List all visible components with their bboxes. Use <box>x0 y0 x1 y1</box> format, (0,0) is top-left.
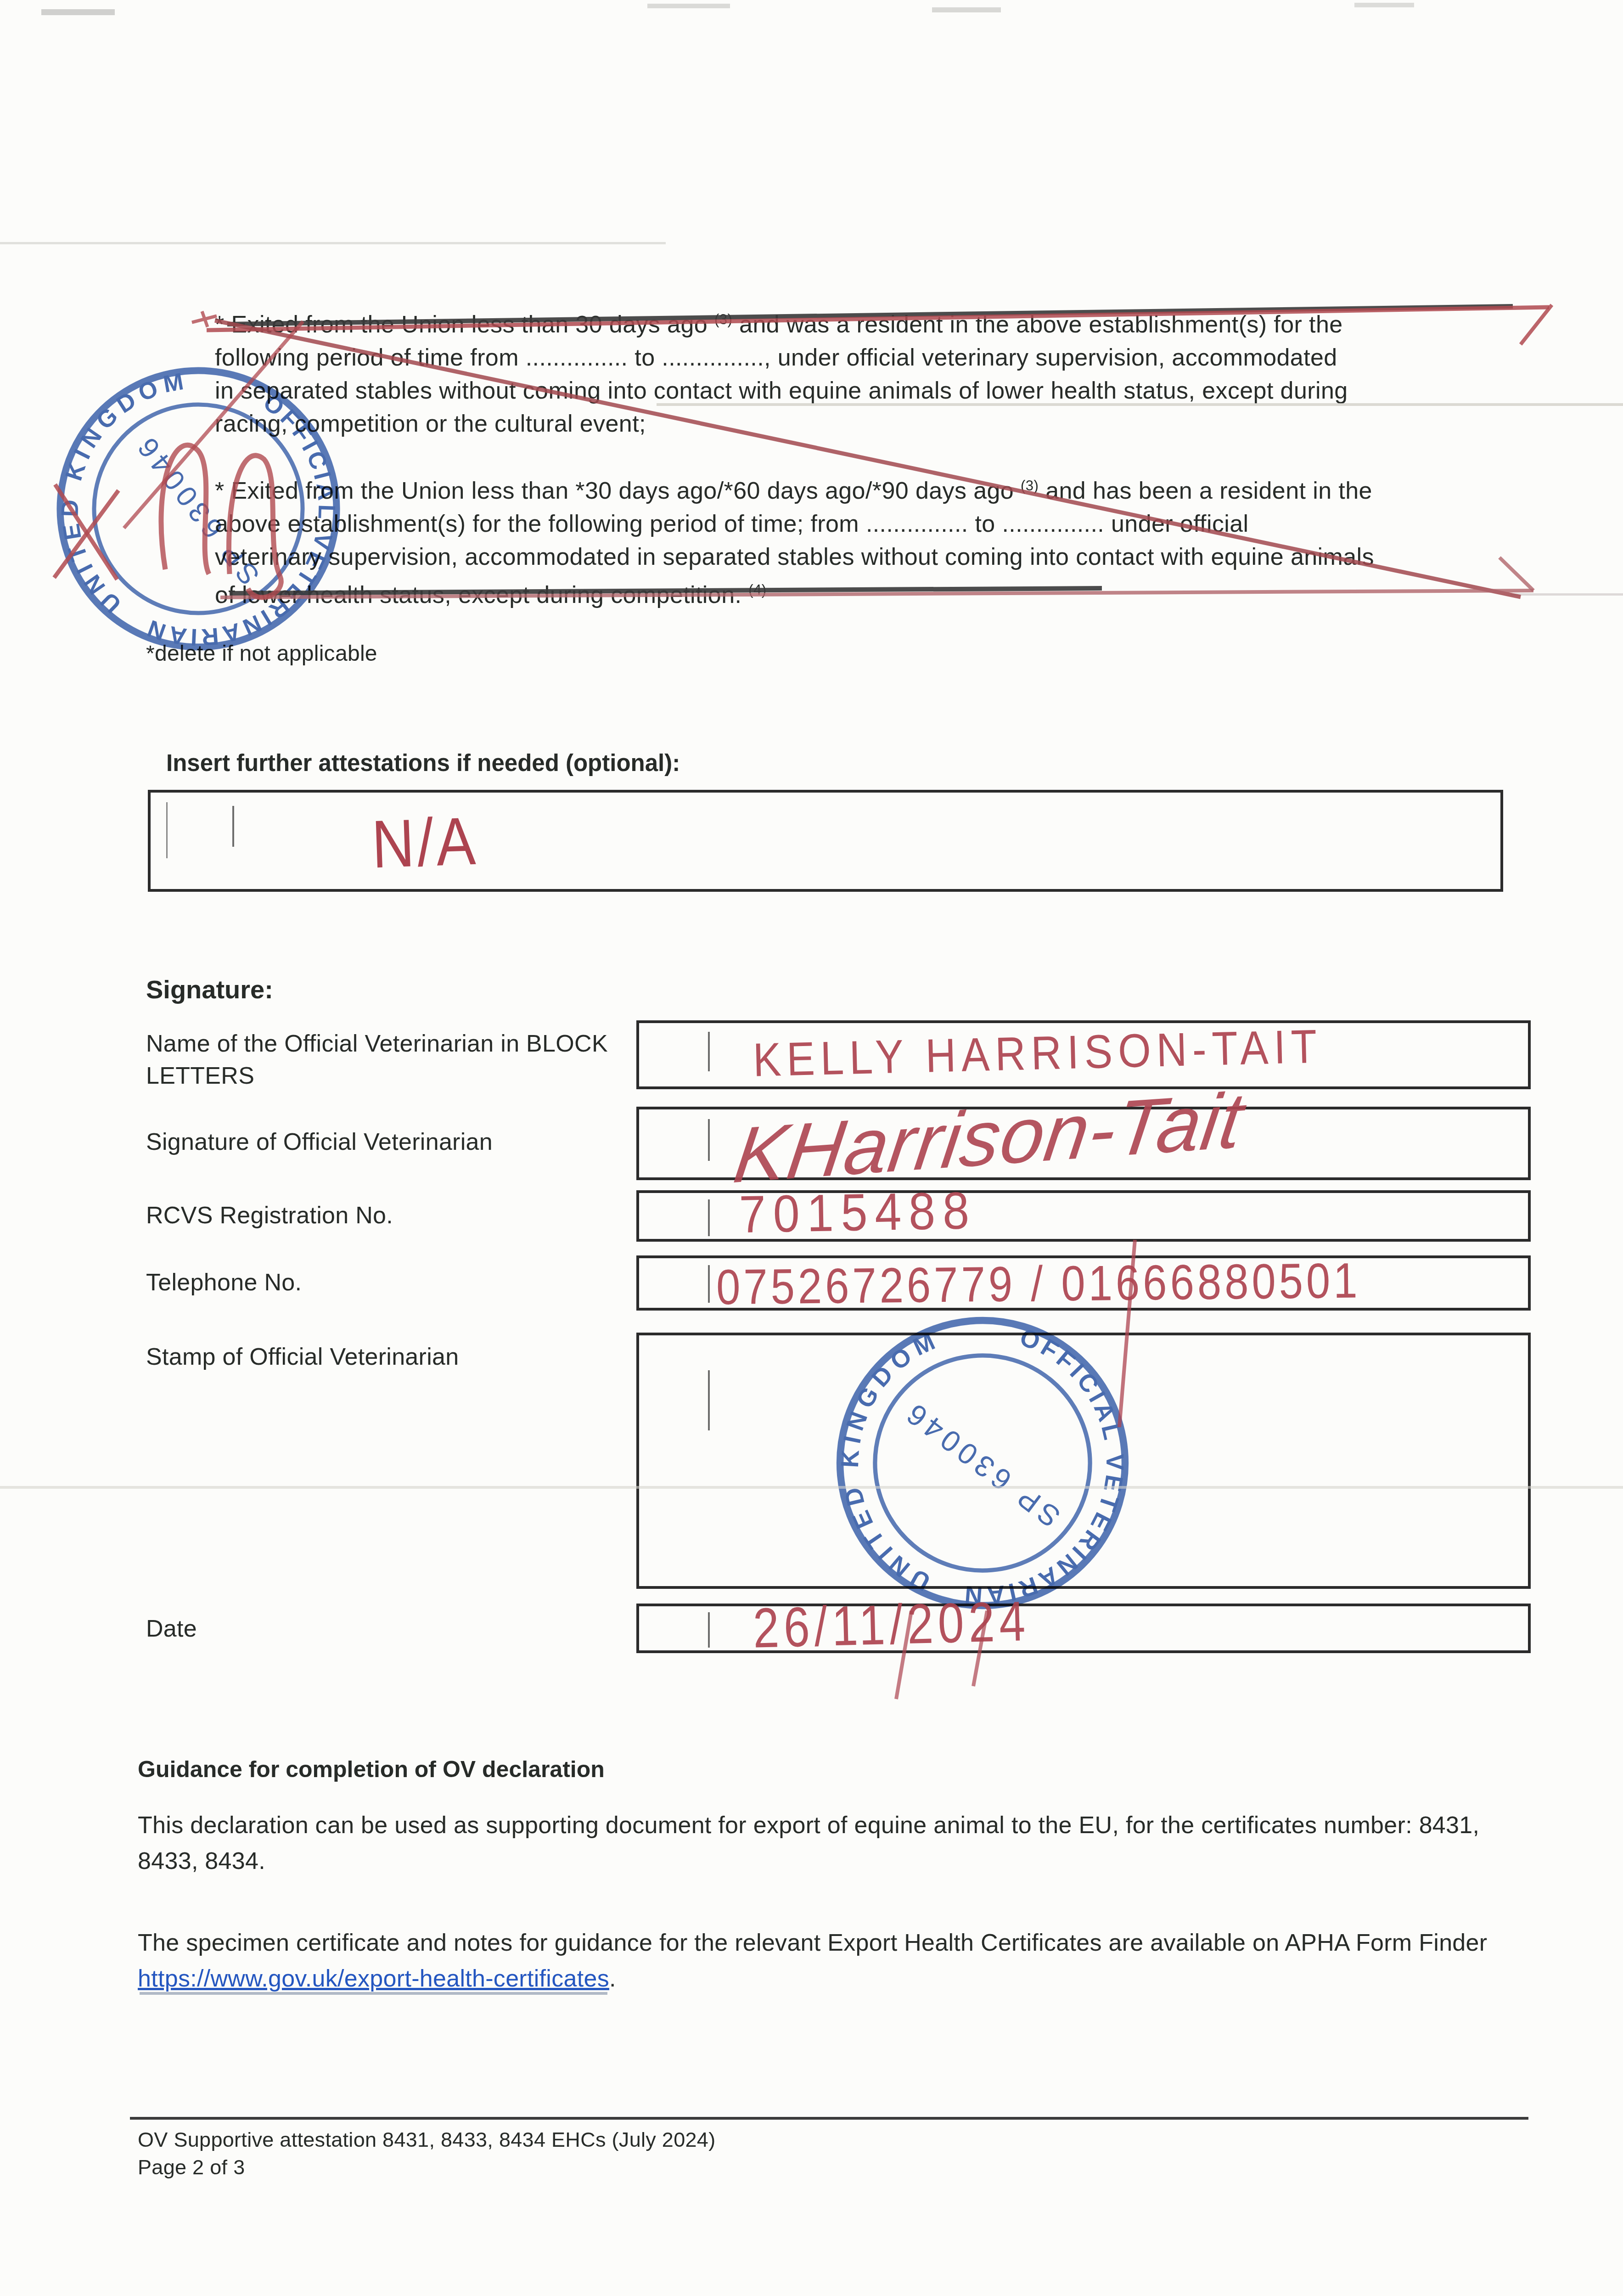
svg-text:UNITED KINGDOM: UNITED KINGDOM <box>825 1324 966 1603</box>
box-cell-divider <box>708 1612 710 1648</box>
export-health-certificates-link[interactable]: https://www.gov.uk/export-health-certifi… <box>138 1965 609 1992</box>
attestation-paragraph-exited-30-60-90-days: * Exited from the Union less than *30 da… <box>215 469 1374 612</box>
footer-page-number: Page 2 of 3 <box>138 2155 245 2179</box>
box-cell-divider <box>708 1199 710 1236</box>
ov-signature-handwritten: KHarrison-Tait <box>729 1075 1249 1201</box>
attestation-paragraph-exited-30-days: * Exited from the Union less than 30 day… <box>215 303 1348 440</box>
stamp-ring-text-united-kingdom: UNITED KINGDOM <box>825 1324 966 1603</box>
red-strike-arrow-tip <box>1521 305 1552 344</box>
scan-smudge <box>932 7 1001 12</box>
further-attestations-heading: Insert further attestations if needed (o… <box>166 749 680 777</box>
na-handwritten-entry: N/A <box>371 802 479 884</box>
stamp-center-number: SP 630046 <box>129 428 266 591</box>
attestation-line: racing, competition or the cultural even… <box>215 407 1348 440</box>
guidance-paragraph-2-period: . <box>609 1965 616 1992</box>
scan-smudge <box>647 4 730 8</box>
scan-streak <box>0 242 666 244</box>
guidance-paragraph-2: The specimen certificate and notes for g… <box>138 1925 1511 1997</box>
date-label: Date <box>146 1613 646 1645</box>
guidance-heading: Guidance for completion of OV declaratio… <box>138 1756 605 1783</box>
attestation-line: * Exited from the Union less than 30 day… <box>215 303 1348 341</box>
guidance-paragraph-2-text: The specimen certificate and notes for g… <box>138 1930 1487 1956</box>
red-asterisk-mark <box>192 311 217 327</box>
official-veterinarian-stamp-top-left: OFFICIAL VETERINARIAN UNITED KINGDOM SP … <box>28 338 368 679</box>
date-handwritten: 26/11/2024 <box>752 1589 1030 1660</box>
attestation-line: above establishment(s) for the following… <box>215 507 1374 540</box>
scanned-ov-declaration-page: * Exited from the Union less than 30 day… <box>0 0 1623 2296</box>
rcvs-registration-label: RCVS Registration No. <box>146 1199 646 1232</box>
scan-smudge <box>41 9 115 15</box>
stamp-center-number: SP 630046 <box>897 1395 1066 1534</box>
telephone-handwritten: 07526726779 / 01666880501 <box>716 1252 1361 1316</box>
stamp-of-ov-label: Stamp of Official Veterinarian <box>146 1341 646 1373</box>
box-cell-divider <box>708 1119 710 1161</box>
rcvs-number-handwritten: 7015488 <box>739 1181 977 1245</box>
box-cell-divider <box>708 1265 710 1303</box>
attestation-line: in separated stables without coming into… <box>215 374 1348 407</box>
footer-divider-line <box>130 2117 1528 2120</box>
red-strike-arrow-tip <box>1499 557 1533 591</box>
attestation-line: following period of time from ..........… <box>215 341 1348 374</box>
box-cell-divider <box>232 806 234 846</box>
official-veterinarian-stamp-center: OFFICIAL VETERINARIAN UNITED KINGDOM SP … <box>818 1299 1146 1627</box>
telephone-label: Telephone No. <box>146 1266 646 1299</box>
scan-smudge <box>1354 3 1414 7</box>
attestation-line: * Exited from the Union less than *30 da… <box>215 469 1374 507</box>
box-cell-divider <box>708 1032 710 1071</box>
footer-document-title: OV Supportive attestation 8431, 8433, 84… <box>138 2128 715 2152</box>
box-cell-divider <box>166 802 168 858</box>
attestation-line: of lower health status, except during co… <box>215 574 1374 612</box>
attestation-line: veterinary supervision, accommodated in … <box>215 540 1374 574</box>
further-attestations-box <box>148 790 1503 892</box>
box-cell-divider <box>708 1370 710 1430</box>
guidance-paragraph-1: This declaration can be used as supporti… <box>138 1807 1511 1879</box>
signature-of-ov-label: Signature of Official Veterinarian <box>146 1126 646 1158</box>
signature-section-heading: Signature: <box>146 974 273 1004</box>
name-block-letters-label: Name of the Official Veterinarian in BLO… <box>146 1028 646 1092</box>
scan-streak <box>1511 593 1623 596</box>
